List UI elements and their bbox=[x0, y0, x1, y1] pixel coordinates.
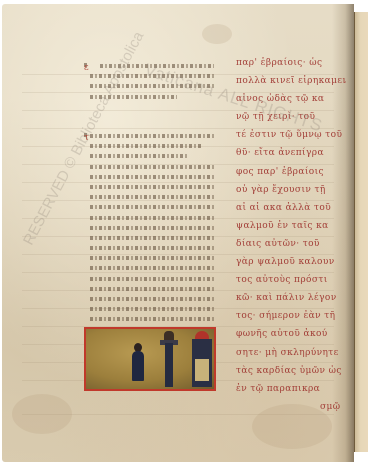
commentary-lower-block: τ bbox=[90, 133, 214, 348]
minuscule-line bbox=[90, 95, 214, 101]
minuscule-line bbox=[90, 216, 214, 222]
uncial-line: φωνῆς αὐτοῦ ἀκού bbox=[236, 325, 346, 343]
uncial-line: θῦ· εἴτα ἀνεπίγρα bbox=[236, 144, 346, 162]
uncial-line: δίαις αὐτῶν· τοῦ bbox=[236, 235, 346, 253]
minuscule-line: ε bbox=[90, 64, 214, 70]
minuscule-line bbox=[90, 297, 214, 303]
minuscule-line bbox=[90, 287, 214, 293]
minuscule-line bbox=[90, 205, 214, 211]
minuscule-line bbox=[90, 84, 214, 90]
minuscule-line bbox=[90, 277, 214, 283]
minuscule-line bbox=[90, 185, 214, 191]
tower-door bbox=[195, 359, 209, 381]
uncial-line: ἐν τῷ παραπικρα bbox=[236, 380, 346, 398]
uncial-line: φος παρ' ἑβραίοις bbox=[236, 163, 346, 181]
minuscule-line bbox=[90, 256, 214, 262]
uncial-line: κῶ· καὶ πάλιν λέγον bbox=[236, 289, 346, 307]
column bbox=[165, 343, 173, 387]
minuscule-line bbox=[90, 175, 214, 181]
minuscule-line bbox=[90, 154, 214, 160]
uncial-line: παρ' ἑβραίοις· ὡς bbox=[236, 54, 346, 72]
illuminated-miniature bbox=[84, 327, 216, 391]
minuscule-line bbox=[90, 236, 214, 242]
uncial-line: ψαλμοῦ ἐν ταῖς κα bbox=[236, 217, 346, 235]
uncial-line: πολλὰ κινεῖ εἰρηκαμεν bbox=[236, 72, 346, 90]
uncial-line: τος· σήμερον ἐὰν τῆ bbox=[236, 307, 346, 325]
stain bbox=[12, 394, 72, 434]
uncial-line: τέ ἐστιν τῷ ὕμνῳ τοῦ bbox=[236, 126, 346, 144]
uncial-line: νῷ τῇ χειρὶ· τοῦ bbox=[236, 108, 346, 126]
minuscule-line bbox=[90, 165, 214, 171]
minuscule-line bbox=[90, 307, 214, 313]
minuscule-line bbox=[90, 246, 214, 252]
standing-figure bbox=[132, 351, 144, 381]
uncial-line: αἰ αἰ ακα ἀλλὰ τοῦ bbox=[236, 199, 346, 217]
uncial-line: οὐ γὰρ ἔχουσιν τῇ bbox=[236, 181, 346, 199]
minuscule-line bbox=[90, 317, 214, 323]
uncial-line: σμῷ bbox=[236, 398, 346, 416]
next-page-edge bbox=[354, 12, 368, 452]
minuscule-line bbox=[90, 266, 214, 272]
statue bbox=[164, 331, 174, 340]
uncial-line: τὰς καρδίας ὑμῶν ὡς bbox=[236, 362, 346, 380]
uncial-line: τος αὐτοὺς πρόστι bbox=[236, 271, 346, 289]
uncial-line: γὰρ ψαλμοῦ καλουν bbox=[236, 253, 346, 271]
minuscule-line bbox=[90, 226, 214, 232]
minuscule-line bbox=[90, 144, 214, 150]
minuscule-line bbox=[90, 74, 214, 80]
minuscule-line bbox=[90, 195, 214, 201]
commentary-upper-block: ε bbox=[90, 63, 214, 105]
stain bbox=[202, 24, 232, 44]
uncial-line: σητε· μὴ σκληρύνητε bbox=[236, 344, 346, 362]
minuscule-line: τ bbox=[90, 134, 214, 140]
uncial-text-column: παρ' ἑβραίοις· ὡς πολλὰ κινεῖ εἰρηκαμεν … bbox=[236, 54, 346, 416]
uncial-line: αἰνος ὡδὰς τῷ κα bbox=[236, 90, 346, 108]
